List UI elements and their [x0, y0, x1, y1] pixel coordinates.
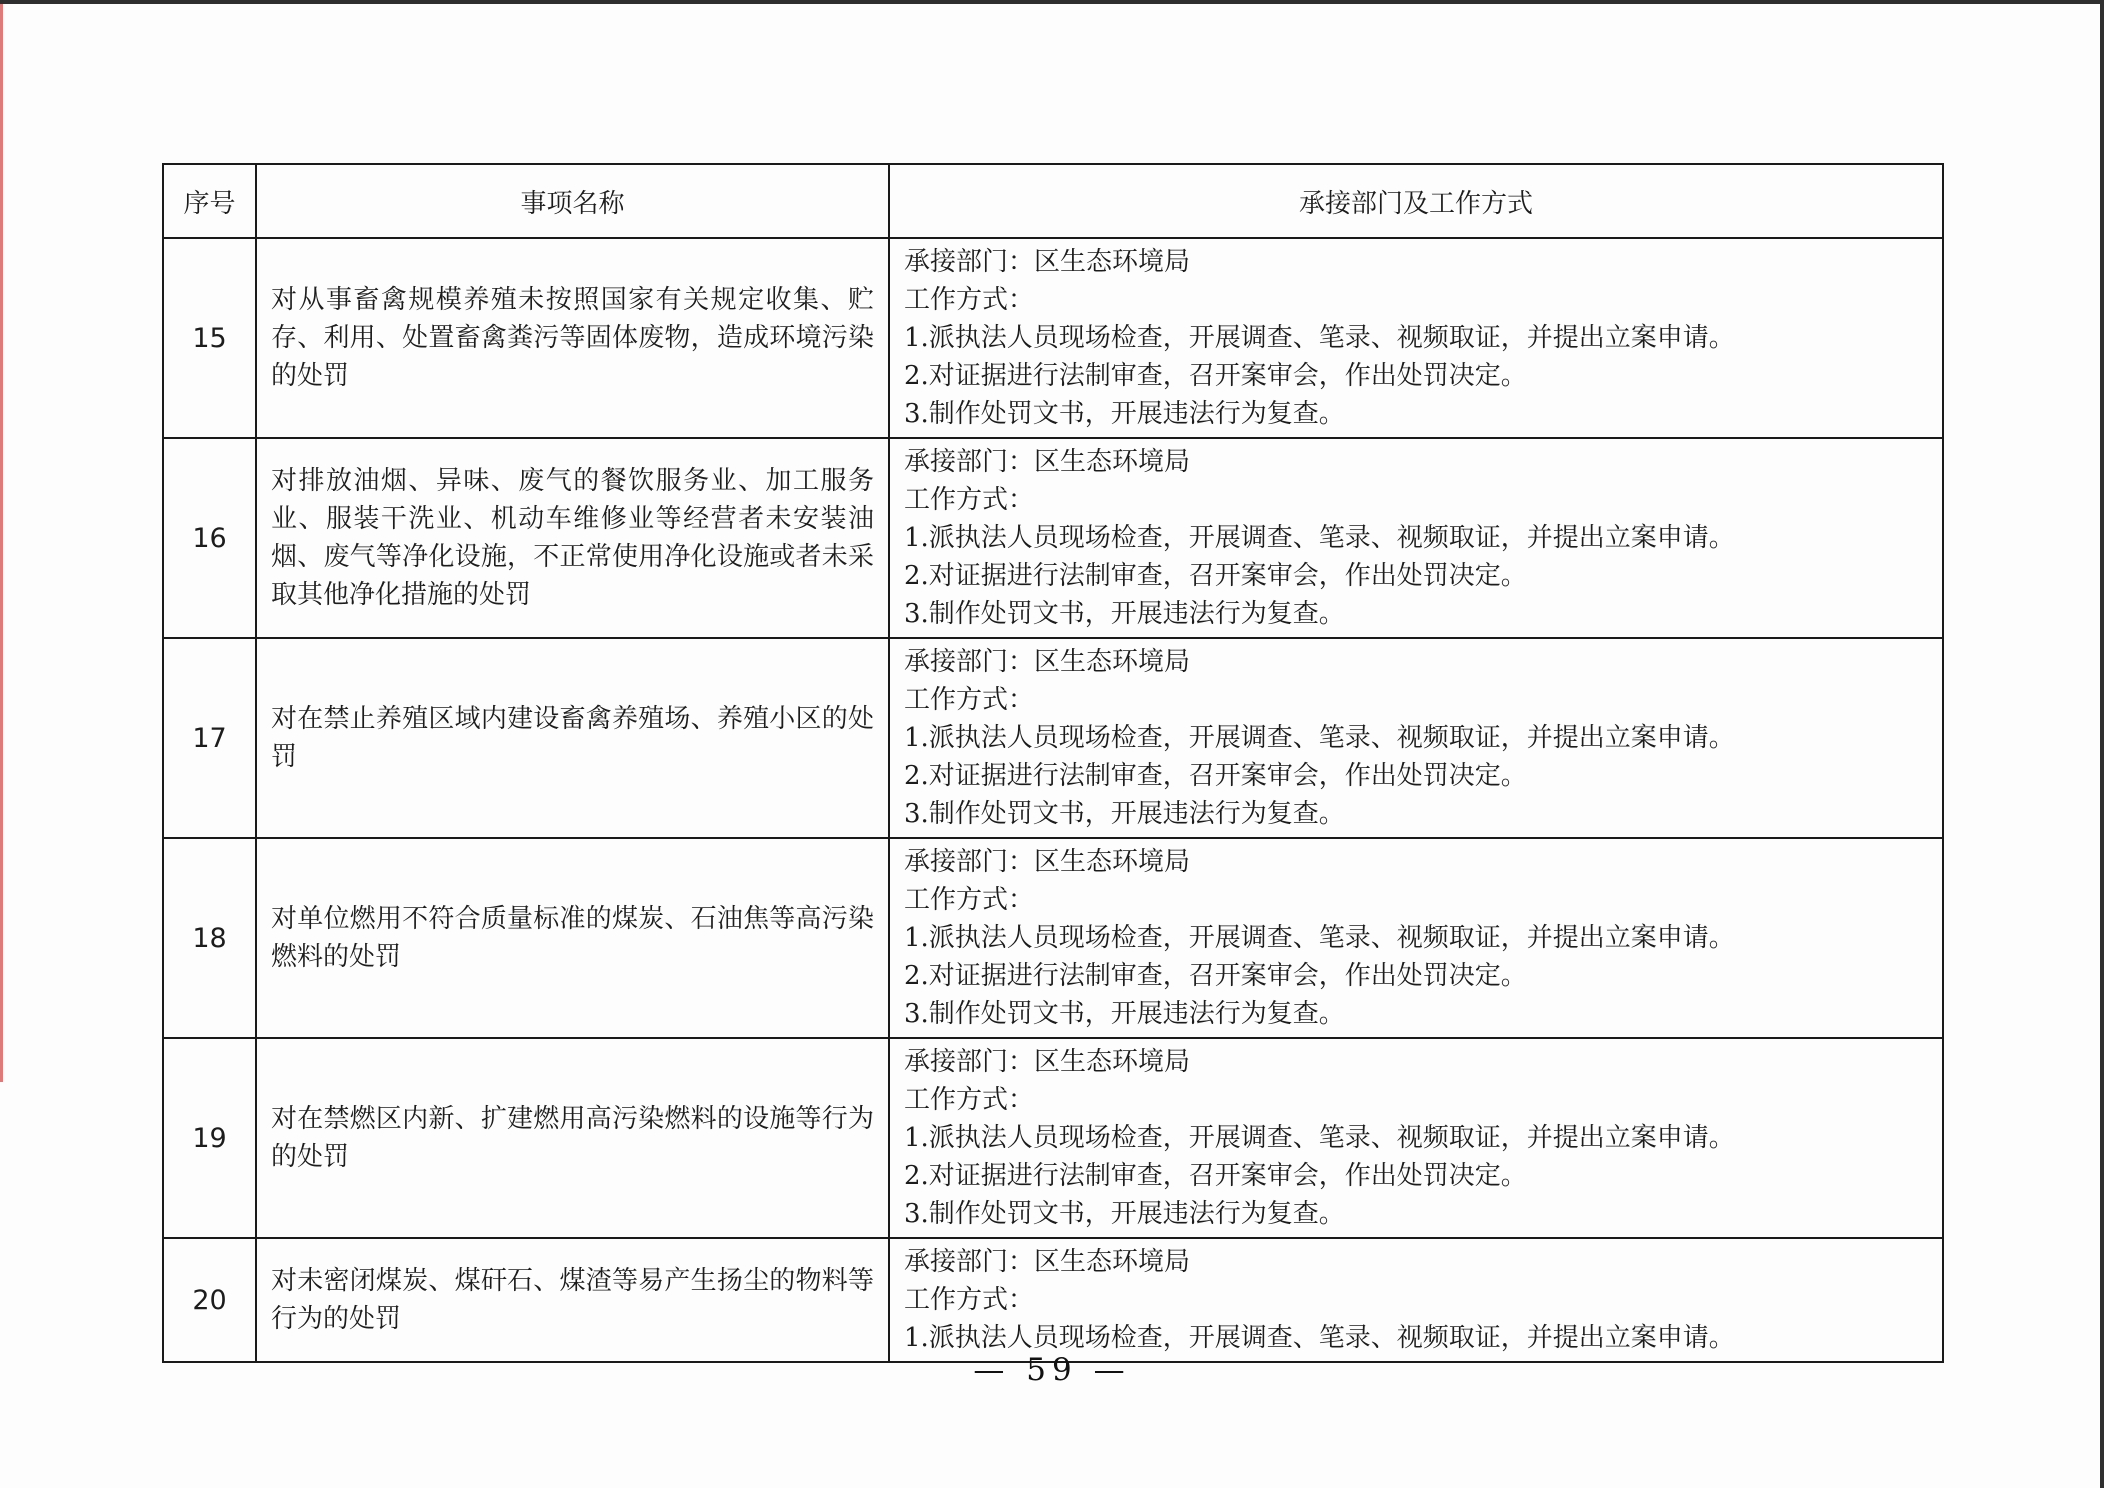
item-name: 对排放油烟、异味、废气的餐饮服务业、加工服务业、服装干洗业、机动车维修业等经营者… — [256, 438, 889, 638]
detail-line: 工作方式： — [904, 1281, 1932, 1319]
detail-line: 承接部门：区生态环境局 — [904, 843, 1932, 881]
detail-line: 3.制作处罚文书，开展违法行为复查。 — [904, 595, 1932, 633]
detail-line: 1.派执法人员现场检查，开展调查、笔录、视频取证，并提出立案申请。 — [904, 519, 1932, 557]
row-number: 15 — [163, 238, 256, 438]
detail-line: 承接部门：区生态环境局 — [904, 243, 1932, 281]
detail-line: 3.制作处罚文书，开展违法行为复查。 — [904, 395, 1932, 433]
detail-line: 2.对证据进行法制审查，召开案审会，作出处罚决定。 — [904, 1157, 1932, 1195]
header-cell-item: 事项名称 — [256, 164, 889, 238]
document-page: 序号 事项名称 承接部门及工作方式 15 对从事畜禽规模养殖未按照国家有关规定收… — [0, 0, 2104, 1488]
item-name: 对在禁止养殖区域内建设畜禽养殖场、养殖小区的处罚 — [256, 638, 889, 838]
row-number: 17 — [163, 638, 256, 838]
item-name: 对未密闭煤炭、煤矸石、煤渣等易产生扬尘的物料等行为的处罚 — [256, 1238, 889, 1362]
detail-line: 1.派执法人员现场检查，开展调查、笔录、视频取证，并提出立案申请。 — [904, 919, 1932, 957]
dept-and-method: 承接部门：区生态环境局 工作方式： 1.派执法人员现场检查，开展调查、笔录、视频… — [889, 1038, 1943, 1238]
table-row: 18 对单位燃用不符合质量标准的煤炭、石油焦等高污染燃料的处罚 承接部门：区生态… — [163, 838, 1943, 1038]
row-number: 16 — [163, 438, 256, 638]
detail-line: 工作方式： — [904, 881, 1932, 919]
detail-line: 工作方式： — [904, 481, 1932, 519]
table-row: 15 对从事畜禽规模养殖未按照国家有关规定收集、贮存、利用、处置畜禽粪污等固体废… — [163, 238, 1943, 438]
detail-line: 工作方式： — [904, 1081, 1932, 1119]
header-cell-no: 序号 — [163, 164, 256, 238]
window-right-edge — [2100, 0, 2104, 1488]
detail-line: 3.制作处罚文书，开展违法行为复查。 — [904, 795, 1932, 833]
item-name: 对从事畜禽规模养殖未按照国家有关规定收集、贮存、利用、处置畜禽粪污等固体废物，造… — [256, 238, 889, 438]
item-name: 对单位燃用不符合质量标准的煤炭、石油焦等高污染燃料的处罚 — [256, 838, 889, 1038]
item-name: 对在禁燃区内新、扩建燃用高污染燃料的设施等行为的处罚 — [256, 1038, 889, 1238]
dept-and-method: 承接部门：区生态环境局 工作方式： 1.派执法人员现场检查，开展调查、笔录、视频… — [889, 1238, 1943, 1362]
penalty-items-table: 序号 事项名称 承接部门及工作方式 15 对从事畜禽规模养殖未按照国家有关规定收… — [162, 163, 1944, 1363]
row-number: 18 — [163, 838, 256, 1038]
detail-line: 1.派执法人员现场检查，开展调查、笔录、视频取证，并提出立案申请。 — [904, 719, 1932, 757]
table-row: 16 对排放油烟、异味、废气的餐饮服务业、加工服务业、服装干洗业、机动车维修业等… — [163, 438, 1943, 638]
dept-and-method: 承接部门：区生态环境局 工作方式： 1.派执法人员现场检查，开展调查、笔录、视频… — [889, 238, 1943, 438]
detail-line: 3.制作处罚文书，开展违法行为复查。 — [904, 995, 1932, 1033]
detail-line: 工作方式： — [904, 281, 1932, 319]
detail-line: 承接部门：区生态环境局 — [904, 643, 1932, 681]
dept-and-method: 承接部门：区生态环境局 工作方式： 1.派执法人员现场检查，开展调查、笔录、视频… — [889, 438, 1943, 638]
table-row: 17 对在禁止养殖区域内建设畜禽养殖场、养殖小区的处罚 承接部门：区生态环境局 … — [163, 638, 1943, 838]
detail-line: 2.对证据进行法制审查，召开案审会，作出处罚决定。 — [904, 557, 1932, 595]
dept-and-method: 承接部门：区生态环境局 工作方式： 1.派执法人员现场检查，开展调查、笔录、视频… — [889, 638, 1943, 838]
row-number: 19 — [163, 1038, 256, 1238]
detail-line: 1.派执法人员现场检查，开展调查、笔录、视频取证，并提出立案申请。 — [904, 1119, 1932, 1157]
detail-line: 2.对证据进行法制审查，召开案审会，作出处罚决定。 — [904, 957, 1932, 995]
detail-line: 1.派执法人员现场检查，开展调查、笔录、视频取证，并提出立案申请。 — [904, 319, 1932, 357]
detail-line: 承接部门：区生态环境局 — [904, 1243, 1932, 1281]
window-top-edge — [0, 0, 2104, 4]
page-number: — 59 — — [0, 1352, 2104, 1388]
detail-line: 承接部门：区生态环境局 — [904, 1043, 1932, 1081]
left-red-margin-line — [0, 4, 3, 1082]
detail-line: 3.制作处罚文书，开展违法行为复查。 — [904, 1195, 1932, 1233]
table-header-row: 序号 事项名称 承接部门及工作方式 — [163, 164, 1943, 238]
row-number: 20 — [163, 1238, 256, 1362]
detail-line: 承接部门：区生态环境局 — [904, 443, 1932, 481]
detail-line: 工作方式： — [904, 681, 1932, 719]
detail-line: 2.对证据进行法制审查，召开案审会，作出处罚决定。 — [904, 757, 1932, 795]
table-row: 19 对在禁燃区内新、扩建燃用高污染燃料的设施等行为的处罚 承接部门：区生态环境… — [163, 1038, 1943, 1238]
dept-and-method: 承接部门：区生态环境局 工作方式： 1.派执法人员现场检查，开展调查、笔录、视频… — [889, 838, 1943, 1038]
detail-line: 2.对证据进行法制审查，召开案审会，作出处罚决定。 — [904, 357, 1932, 395]
table-row: 20 对未密闭煤炭、煤矸石、煤渣等易产生扬尘的物料等行为的处罚 承接部门：区生态… — [163, 1238, 1943, 1362]
header-cell-dept: 承接部门及工作方式 — [889, 164, 1943, 238]
